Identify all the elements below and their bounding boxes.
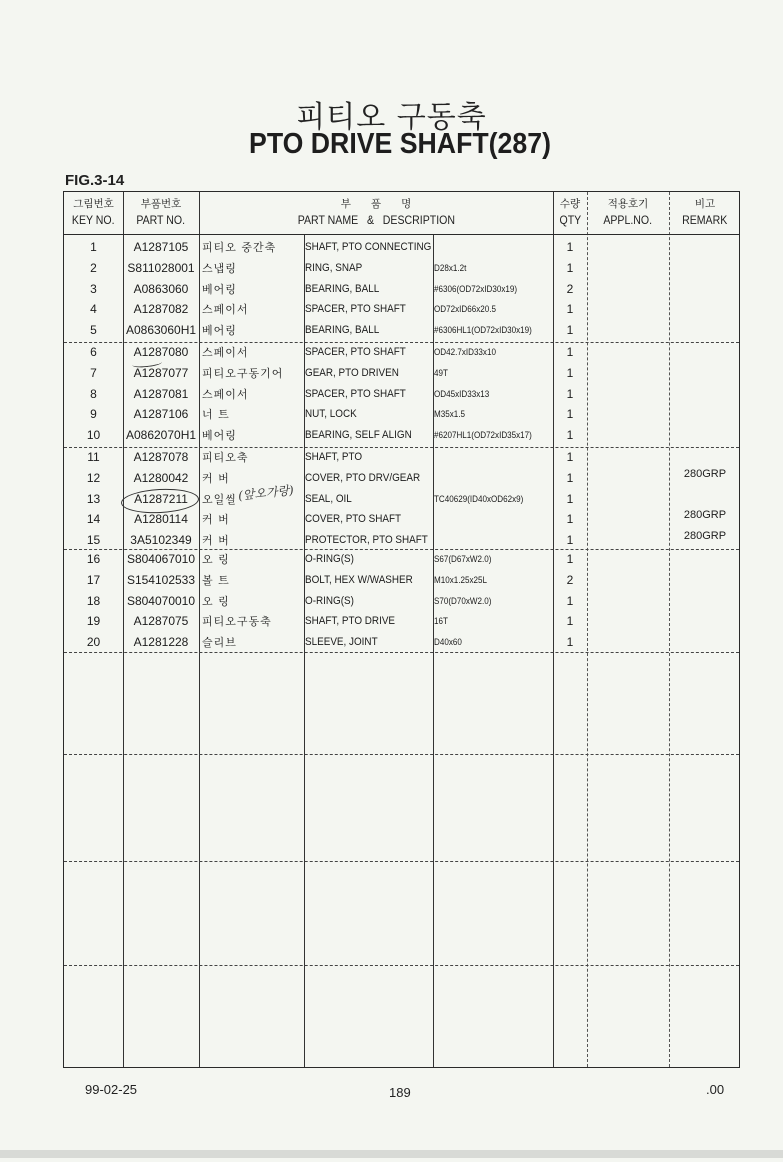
- appl-no-cell: [587, 425, 669, 446]
- name-english-cell: SEAL, OIL: [305, 489, 420, 510]
- remark-cell: [669, 404, 741, 425]
- group-divider: [64, 965, 739, 966]
- part-no-cell: S804070010: [123, 591, 199, 612]
- spec-cell: M35x1.5: [434, 404, 536, 425]
- key-no-cell: 12: [64, 468, 123, 489]
- appl-no-cell: [587, 447, 669, 468]
- remark-cell: [669, 258, 741, 279]
- qty-cell: 1: [553, 384, 587, 405]
- table-row: 16S804067010오 링O-RING(S)S67(D67xW2.0)1: [64, 549, 739, 570]
- appl-no-cell: [587, 237, 669, 258]
- name-english-cell: BEARING, BALL: [305, 320, 420, 341]
- remark-cell: [669, 570, 741, 591]
- part-no-cell: A0862070H1: [123, 425, 199, 446]
- qty-cell: 1: [553, 489, 587, 510]
- part-no-cell: S804067010: [123, 549, 199, 570]
- spec-cell: S70(D70xW2.0): [434, 591, 536, 612]
- table-row: 10A0862070H1베어링BEARING, SELF ALIGN#6207H…: [64, 425, 739, 446]
- qty-cell: 1: [553, 632, 587, 653]
- table-row: 20A1281228슬리브SLEEVE, JOINTD40x601: [64, 632, 739, 653]
- appl-no-cell: [587, 258, 669, 279]
- qty-cell: 1: [553, 258, 587, 279]
- part-no-cell: A1280042: [123, 468, 199, 489]
- qty-cell: 1: [553, 591, 587, 612]
- spec-cell: OD45xID33x13: [434, 384, 536, 405]
- revision-number: .00: [706, 1082, 724, 1097]
- name-english-cell: SHAFT, PTO: [305, 447, 420, 468]
- key-no-cell: 10: [64, 425, 123, 446]
- key-no-cell: 9: [64, 404, 123, 425]
- name-english-cell: RING, SNAP: [305, 258, 420, 279]
- name-english-cell: BOLT, HEX W/WASHER: [305, 570, 420, 591]
- name-english-cell: GEAR, PTO DRIVEN: [305, 363, 420, 384]
- appl-no-cell: [587, 632, 669, 653]
- table-row: 11A1287078피티오축SHAFT, PTO1: [64, 447, 739, 468]
- spec-cell: [434, 468, 536, 489]
- table-row: 6A1287080스페이서SPACER, PTO SHAFTOD42.7xID3…: [64, 342, 739, 363]
- spec-cell: OD42.7xID33x10: [434, 342, 536, 363]
- qty-cell: 1: [553, 237, 587, 258]
- name-korean-cell: 베어링: [202, 279, 302, 300]
- part-no-cell: A1287075: [123, 611, 199, 632]
- key-no-cell: 13: [64, 489, 123, 510]
- name-english-cell: SHAFT, PTO DRIVE: [305, 611, 420, 632]
- appl-no-cell: [587, 509, 669, 530]
- parts-table: 그림번호 KEY NO. 부품번호 PART NO. 부 품 명 PART NA…: [63, 191, 740, 1068]
- part-no-cell: A1287106: [123, 404, 199, 425]
- part-no-cell: A1287082: [123, 299, 199, 320]
- appl-no-cell: [587, 384, 669, 405]
- scan-edge: [0, 1150, 783, 1158]
- spec-cell: OD72xID66x20.5: [434, 299, 536, 320]
- qty-cell: 1: [553, 447, 587, 468]
- key-no-cell: 5: [64, 320, 123, 341]
- table-row: 7A1287077피티오구동기어GEAR, PTO DRIVEN49T1: [64, 363, 739, 384]
- qty-cell: 2: [553, 279, 587, 300]
- name-korean-cell: 피티오축: [202, 447, 302, 468]
- part-no-cell: A0863060: [123, 279, 199, 300]
- table-row: 3A0863060베어링BEARING, BALL#6306(OD72xID30…: [64, 279, 739, 300]
- header-remark: 비고 REMARK: [669, 196, 741, 229]
- spec-cell: M10x1.25x25L: [434, 570, 536, 591]
- remark-cell: [669, 632, 741, 653]
- table-row: 12A1280042커 버COVER, PTO DRV/GEAR1280GRP: [64, 468, 739, 489]
- table-row: 1A1287105피티오 중간축SHAFT, PTO CONNECTING1: [64, 237, 739, 258]
- key-no-cell: 14: [64, 509, 123, 530]
- part-no-cell: A0863060H1: [123, 320, 199, 341]
- qty-cell: 1: [553, 363, 587, 384]
- page-number: 189: [389, 1085, 411, 1100]
- table-row: 4A1287082스페이서SPACER, PTO SHAFTOD72xID66x…: [64, 299, 739, 320]
- spec-cell: #6306(OD72xID30x19): [434, 279, 536, 300]
- name-korean-cell: 커 버: [202, 509, 302, 530]
- appl-no-cell: [587, 591, 669, 612]
- group-divider: [64, 754, 739, 755]
- figure-label: FIG.3-14: [65, 172, 124, 189]
- name-english-cell: COVER, PTO SHAFT: [305, 509, 420, 530]
- part-no-cell: A1287081: [123, 384, 199, 405]
- part-no-cell: S811028001: [123, 258, 199, 279]
- footer-date: 99-02-25: [85, 1082, 137, 1097]
- name-english-cell: O-RING(S): [305, 591, 420, 612]
- table-row: 19A1287075피티오구동축SHAFT, PTO DRIVE16T1: [64, 611, 739, 632]
- name-korean-cell: 볼 트: [202, 570, 302, 591]
- qty-cell: 1: [553, 611, 587, 632]
- appl-no-cell: [587, 489, 669, 510]
- qty-cell: 1: [553, 404, 587, 425]
- header-qty: 수량 QTY: [553, 196, 587, 229]
- header-divider: [64, 234, 739, 235]
- name-english-cell: BEARING, BALL: [305, 279, 420, 300]
- key-no-cell: 3: [64, 279, 123, 300]
- remark-cell: 280GRP: [669, 526, 741, 547]
- name-korean-cell: 오 링: [202, 591, 302, 612]
- name-english-cell: SHAFT, PTO CONNECTING: [305, 237, 420, 258]
- remark-cell: [669, 611, 741, 632]
- table-row: 18S804070010오 링O-RING(S)S70(D70xW2.0)1: [64, 591, 739, 612]
- qty-cell: 1: [553, 425, 587, 446]
- remark-cell: [669, 425, 741, 446]
- spec-cell: D40x60: [434, 632, 536, 653]
- key-no-cell: 6: [64, 342, 123, 363]
- header-appl-no: 적용호기 APPL.NO.: [587, 196, 669, 229]
- qty-cell: 1: [553, 342, 587, 363]
- appl-no-cell: [587, 468, 669, 489]
- remark-cell: 280GRP: [669, 464, 741, 485]
- name-korean-cell: 스페이서: [202, 299, 302, 320]
- appl-no-cell: [587, 320, 669, 341]
- name-korean-cell: 스냅링: [202, 258, 302, 279]
- key-no-cell: 19: [64, 611, 123, 632]
- key-no-cell: 20: [64, 632, 123, 653]
- remark-cell: [669, 591, 741, 612]
- name-english-cell: SPACER, PTO SHAFT: [305, 299, 420, 320]
- name-english-cell: SPACER, PTO SHAFT: [305, 342, 420, 363]
- key-no-cell: 8: [64, 384, 123, 405]
- spec-cell: [434, 447, 536, 468]
- name-korean-cell: 너 트: [202, 404, 302, 425]
- name-english-cell: BEARING, SELF ALIGN: [305, 425, 420, 446]
- name-english-cell: O-RING(S): [305, 549, 420, 570]
- appl-no-cell: [587, 549, 669, 570]
- key-no-cell: 16: [64, 549, 123, 570]
- name-korean-cell: 오 링: [202, 549, 302, 570]
- name-korean-cell: 슬리브: [202, 632, 302, 653]
- spec-cell: [434, 509, 536, 530]
- appl-no-cell: [587, 404, 669, 425]
- key-no-cell: 18: [64, 591, 123, 612]
- name-english-cell: NUT, LOCK: [305, 404, 420, 425]
- spec-cell: TC40629(ID40xOD62x9): [434, 489, 536, 510]
- header-part-no: 부품번호 PART NO.: [123, 196, 199, 229]
- table-row: 17S154102533볼 트BOLT, HEX W/WASHERM10x1.2…: [64, 570, 739, 591]
- spec-cell: S67(D67xW2.0): [434, 549, 536, 570]
- spec-cell: #6306HL1(OD72xID30x19): [434, 320, 536, 341]
- remark-cell: [669, 549, 741, 570]
- spec-cell: 49T: [434, 363, 536, 384]
- header-part-name: 부 품 명 PART NAME & DESCRIPTION: [199, 196, 553, 229]
- name-korean-cell: 피티오구동기어: [202, 363, 302, 384]
- key-no-cell: 4: [64, 299, 123, 320]
- remark-cell: [669, 363, 741, 384]
- remark-cell: [669, 384, 741, 405]
- name-korean-cell: 피티오구동축: [202, 611, 302, 632]
- part-no-cell: A1287078: [123, 447, 199, 468]
- remark-cell: [669, 237, 741, 258]
- spec-cell: 16T: [434, 611, 536, 632]
- qty-cell: 2: [553, 570, 587, 591]
- qty-cell: 1: [553, 549, 587, 570]
- key-no-cell: 7: [64, 363, 123, 384]
- appl-no-cell: [587, 299, 669, 320]
- remark-cell: [669, 279, 741, 300]
- qty-cell: 1: [553, 509, 587, 530]
- table-row: 2S811028001스냅링RING, SNAPD28x1.2t1: [64, 258, 739, 279]
- table-row: 9A1287106너 트NUT, LOCKM35x1.51: [64, 404, 739, 425]
- appl-no-cell: [587, 611, 669, 632]
- name-english-cell: SLEEVE, JOINT: [305, 632, 420, 653]
- header-key-no: 그림번호 KEY NO.: [64, 196, 123, 229]
- key-no-cell: 2: [64, 258, 123, 279]
- name-english-cell: SPACER, PTO SHAFT: [305, 384, 420, 405]
- qty-cell: 1: [553, 468, 587, 489]
- appl-no-cell: [587, 342, 669, 363]
- remark-cell: 280GRP: [669, 505, 741, 526]
- page-title: PTO DRIVE SHAFT(287): [32, 128, 768, 161]
- appl-no-cell: [587, 279, 669, 300]
- appl-no-cell: [587, 363, 669, 384]
- qty-cell: 1: [553, 320, 587, 341]
- remark-cell: [669, 299, 741, 320]
- appl-no-cell: [587, 570, 669, 591]
- part-no-cell: S154102533: [123, 570, 199, 591]
- remark-cell: [669, 320, 741, 341]
- key-no-cell: 1: [64, 237, 123, 258]
- name-korean-cell: 베어링: [202, 425, 302, 446]
- group-divider: [64, 861, 739, 862]
- qty-cell: 1: [553, 299, 587, 320]
- part-no-cell: A1287105: [123, 237, 199, 258]
- key-no-cell: 11: [64, 447, 123, 468]
- table-row: 8A1287081스페이서SPACER, PTO SHAFTOD45xID33x…: [64, 384, 739, 405]
- spec-cell: [434, 237, 536, 258]
- name-korean-cell: 피티오 중간축: [202, 237, 302, 258]
- spec-cell: #6207HL1(OD72xID35x17): [434, 425, 536, 446]
- name-english-cell: COVER, PTO DRV/GEAR: [305, 468, 420, 489]
- key-no-cell: 17: [64, 570, 123, 591]
- spec-cell: D28x1.2t: [434, 258, 536, 279]
- name-korean-cell: 베어링: [202, 320, 302, 341]
- table-row: 5A0863060H1베어링BEARING, BALL#6306HL1(OD72…: [64, 320, 739, 341]
- part-no-cell: A1281228: [123, 632, 199, 653]
- name-korean-cell: 스페이서: [202, 384, 302, 405]
- name-korean-cell: 스페이서: [202, 342, 302, 363]
- remark-cell: [669, 342, 741, 363]
